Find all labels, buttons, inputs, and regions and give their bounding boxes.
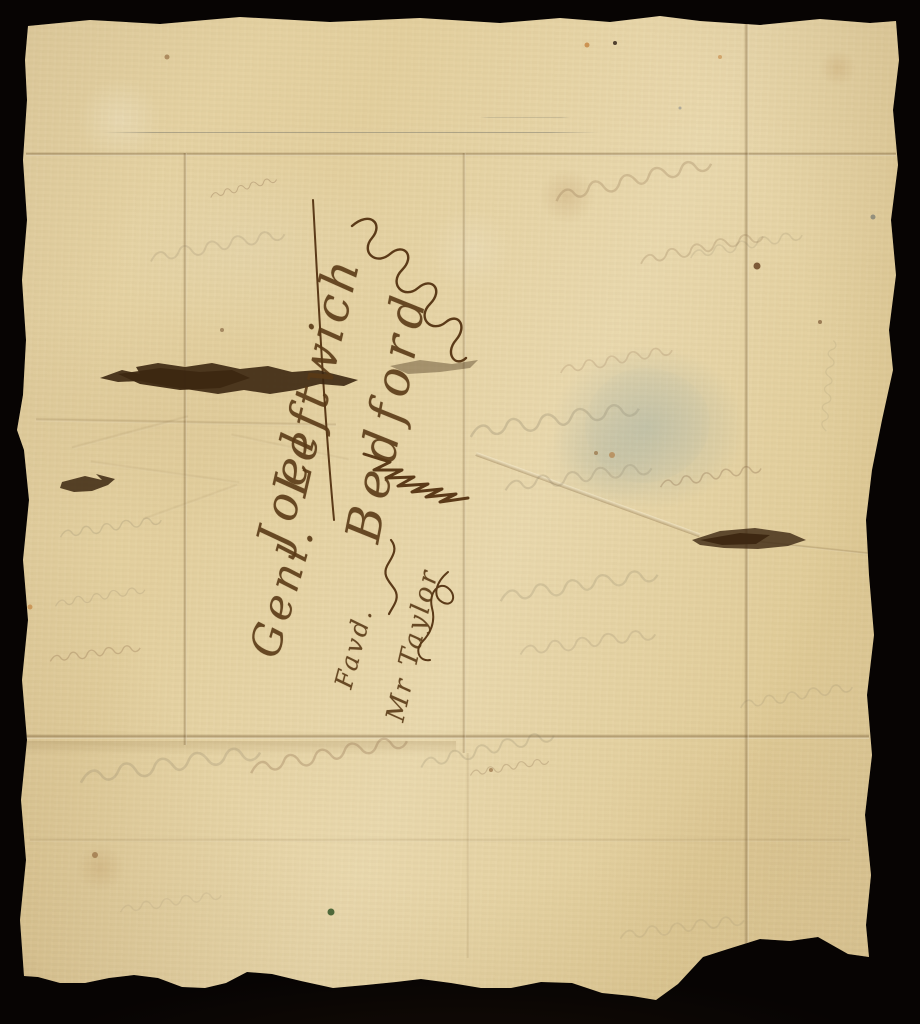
fold-crease-vertical-mid: [462, 153, 466, 753]
water-stain: [585, 368, 710, 483]
fold-crease-bottom: [24, 734, 869, 739]
faint-ruled-line: [103, 132, 600, 133]
flourish-wavy-vertical: [385, 540, 396, 614]
wrinkle-3: [142, 483, 237, 521]
ghost-writing-gray: [55, 230, 854, 939]
fold-crease-top: [26, 152, 896, 156]
fold-crease-lower-faint: [30, 838, 850, 842]
ink-blot-small-left: [60, 474, 115, 492]
scanned-letter-verso: Genl. Joel Leftwich Bedford Favd. Mr Tay…: [0, 0, 920, 1024]
fold-crease-diagonal-right: [757, 540, 897, 558]
letter-paper: Genl. Joel Leftwich Bedford Favd. Mr Tay…: [0, 0, 920, 1024]
fold-crease-vertical-left: [183, 153, 187, 745]
handwriting-favour-note: Favd.: [331, 604, 377, 691]
handwriting-carrier: Mr Taylor: [383, 566, 443, 724]
fold-shadow-bottom: [26, 741, 456, 755]
faint-ruled-line-short: [480, 117, 570, 118]
fold-crease-vertical-right: [744, 22, 749, 947]
wrinkle-2: [90, 460, 239, 485]
fold-crease-vertical-mid-lower: [466, 753, 470, 958]
